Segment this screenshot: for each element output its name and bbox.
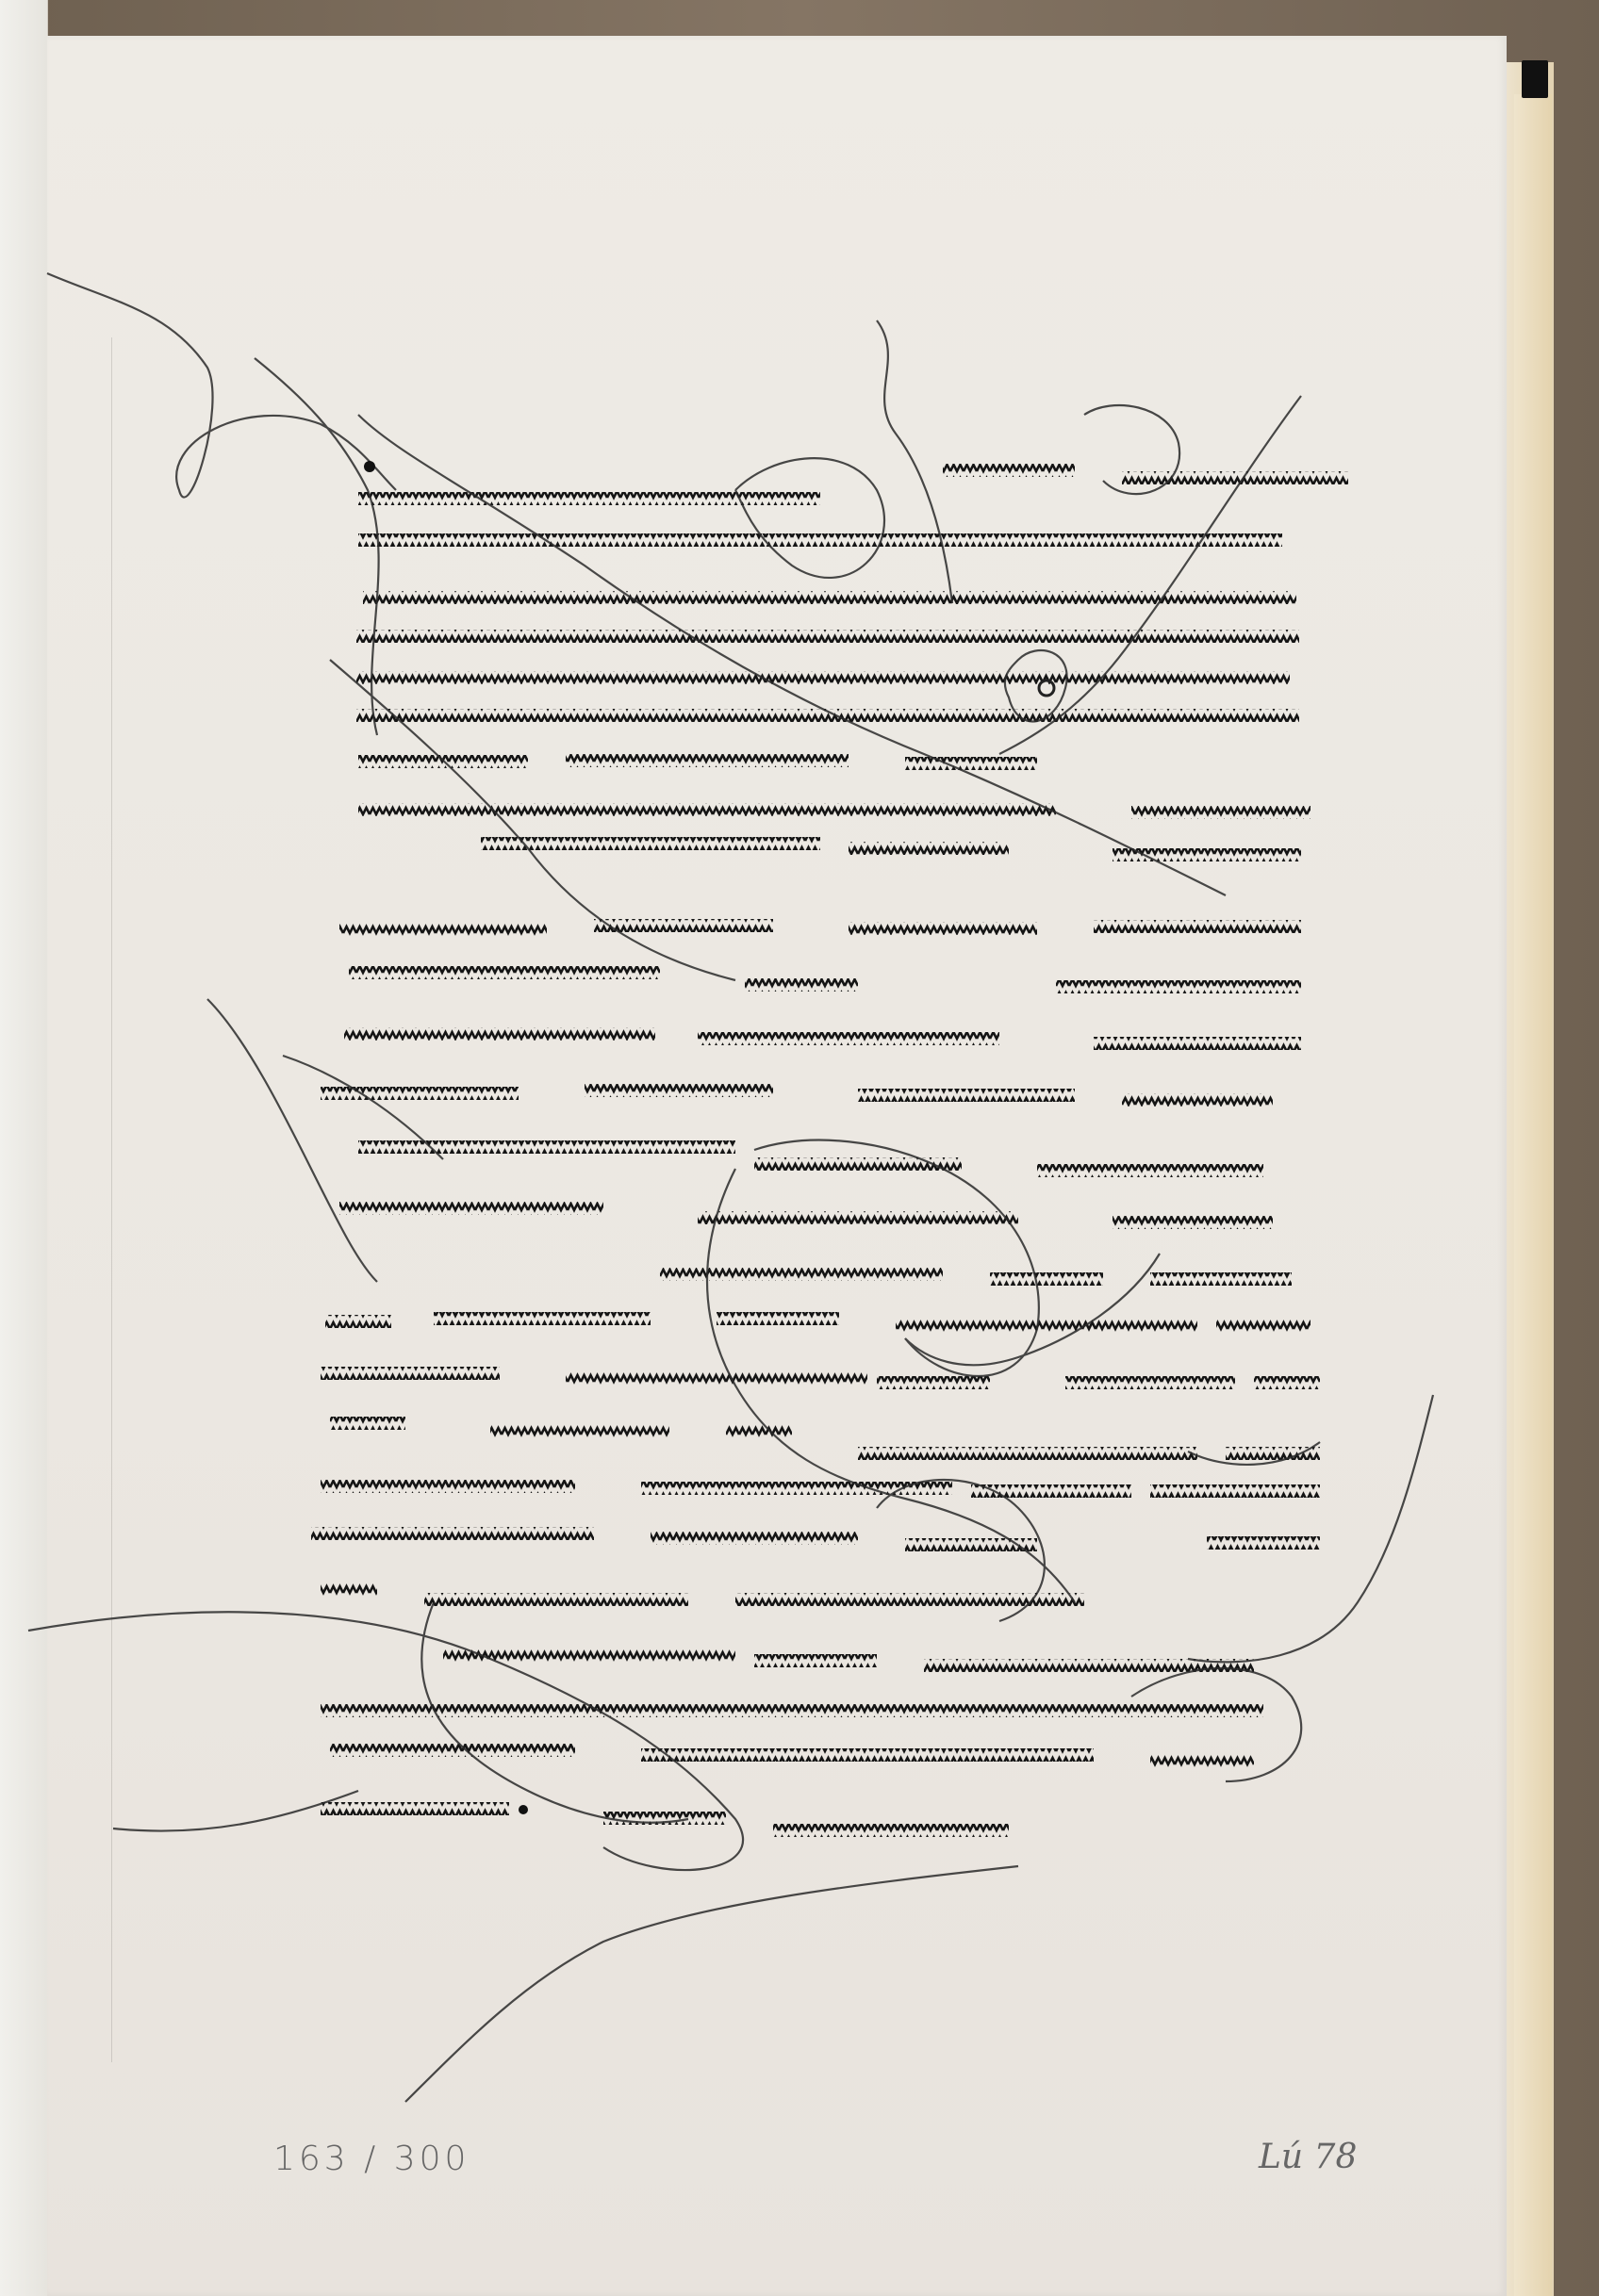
thread-loops bbox=[28, 273, 1433, 2102]
edition-number: 163 / 300 bbox=[273, 2140, 470, 2178]
asemic-writing-artwork bbox=[0, 0, 1599, 2296]
thread-knots bbox=[364, 461, 1054, 1814]
wavy-text-lines bbox=[311, 464, 1348, 1837]
artist-signature: Lú 78 bbox=[1259, 2138, 1357, 2176]
